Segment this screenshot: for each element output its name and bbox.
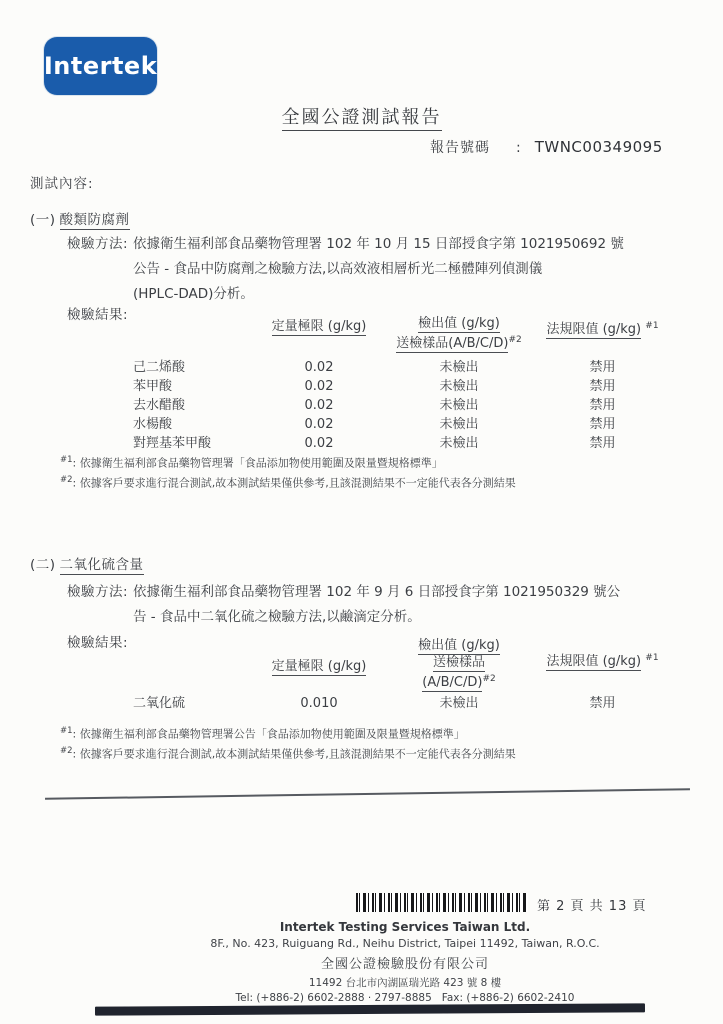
sulfur-table-header: 定量極限 (g/kg) 檢出值 (g/kg) 送檢樣品 (A/B/C/D)#2 … (133, 637, 670, 691)
intertek-logo-text: Intertek (44, 52, 157, 80)
method-line: 依據衛生福利部食品藥物管理署 102 年 9 月 6 日部授食字第 102195… (133, 580, 673, 605)
header-limit-footmark: #1 (645, 653, 658, 663)
section2-footnotes: #1: 依據衛生福利部食品藥物管理署公告「食品添加物使用範圍及限量暨規格標準」 … (60, 723, 516, 763)
table-row: 己二烯酸 0.02 未檢出 禁用 (133, 358, 670, 377)
report-number-value: TWNC00349095 (535, 138, 663, 156)
header-result-footmark: #2 (482, 674, 495, 684)
table-row: 對羥基苯甲酸 0.02 未檢出 禁用 (133, 434, 670, 453)
section1-footnotes: #1: 依據衛生福利部食品藥物管理署「食品添加物使用範圍及限量暨規格標準」 #2… (60, 452, 516, 492)
method-line: 公告 - 食品中防腐劑之檢驗方法,以高效液相層析光二極體陣列偵測儀 (133, 257, 673, 282)
header-loq: 定量極限 (g/kg) (255, 315, 383, 352)
preservative-table-body: 己二烯酸 0.02 未檢出 禁用 苯甲酸 0.02 未檢出 禁用 去水醋酸 0.… (133, 358, 670, 453)
footnote-marker: #1 (60, 455, 73, 465)
footnote: #2: 依據客戶要求進行混合測試,故本測試結果僅供參考,且該混測結果不一定能代表… (60, 472, 516, 492)
report-number-colon: : (516, 140, 521, 156)
section1-method: 檢驗方法: 依據衛生福利部食品藥物管理署 102 年 10 月 15 日部授食字… (67, 232, 673, 307)
header-result: 檢出值 (g/kg) 送檢樣品 (A/B/C/D)#2 (383, 637, 535, 691)
table-row: 二氧化硫 0.010 未檢出 禁用 (133, 694, 670, 713)
header-limit: 法規限值 (g/kg) #1 (535, 315, 670, 352)
footer: Intertek Testing Services Taiwan Ltd. 8F… (110, 920, 700, 1004)
section1-method-label: 檢驗方法: (67, 232, 133, 307)
footer-tel-fax: Tel: (+886-2) 6602-2888 · 2797-8885 Fax:… (110, 992, 700, 1004)
report-number-row: 報告號碼 : TWNC00349095 (430, 137, 663, 157)
section1-heading: (一)酸類防腐劑 (30, 208, 130, 228)
footnote-text: : 依據客戶要求進行混合測試,故本測試結果僅供參考,且該混測結果不一定能代表各分… (73, 477, 516, 490)
report-page: Intertek 全國公證測試報告 報告號碼 : TWNC00349095 測試… (0, 0, 723, 1024)
section2-method-label: 檢驗方法: (67, 580, 133, 630)
table-row: 去水醋酸 0.02 未檢出 禁用 (133, 396, 670, 415)
section1-index: (一) (30, 212, 56, 228)
footnote-marker: #1 (60, 726, 73, 736)
header-limit: 法規限值 (g/kg) #1 (535, 637, 670, 691)
section2-result-label: 檢驗結果: (67, 631, 128, 651)
intertek-logo: Intertek (44, 37, 157, 95)
page-number-text: 第 2 頁 共 13 頁 (537, 895, 646, 914)
header-empty (133, 315, 255, 352)
footnote: #2: 依據客戶要求進行混合測試,故本測試結果僅供參考,且該混測結果不一定能代表… (60, 743, 516, 763)
preservative-table: 定量極限 (g/kg) 檢出值 (g/kg) 送檢樣品(A/B/C/D)#2 法… (133, 315, 670, 453)
section1-result-label: 檢驗結果: (67, 303, 128, 323)
footer-company-en: Intertek Testing Services Taiwan Ltd. (110, 920, 700, 934)
method-line: 依據衛生福利部食品藥物管理署 102 年 10 月 15 日部授食字第 1021… (133, 232, 673, 257)
header-limit-footmark: #1 (645, 321, 658, 331)
table-row: 水楊酸 0.02 未檢出 禁用 (133, 415, 670, 434)
section2-heading: (二)二氧化硫含量 (30, 553, 144, 573)
report-title: 全國公證測試報告 (0, 103, 723, 129)
section2-method-text: 依據衛生福利部食品藥物管理署 102 年 9 月 6 日部授食字第 102195… (133, 580, 673, 630)
table-row: 苯甲酸 0.02 未檢出 禁用 (133, 377, 670, 396)
footer-address-zh: 11492 台北市內湖區瑞光路 423 號 8 樓 (110, 975, 700, 990)
section1-heading-text: 酸類防腐劑 (60, 212, 130, 230)
barcode (356, 893, 528, 912)
footer-address-en: 8F., No. 423, Ruiguang Rd., Neihu Distri… (110, 937, 700, 950)
section1-method-text: 依據衛生福利部食品藥物管理署 102 年 10 月 15 日部授食字第 1021… (133, 232, 673, 307)
footnote-marker: #2 (60, 746, 73, 756)
header-empty (133, 637, 255, 691)
header-result-footmark: #2 (508, 335, 521, 345)
section-divider-line (45, 788, 690, 799)
section2-heading-text: 二氧化硫含量 (60, 557, 144, 575)
scan-artifact-bar (95, 1003, 645, 1015)
sulfur-dioxide-table: 定量極限 (g/kg) 檢出值 (g/kg) 送檢樣品 (A/B/C/D)#2 … (133, 637, 670, 713)
footnote-text: : 依據客戶要求進行混合測試,故本測試結果僅供參考,且該混測結果不一定能代表各分… (73, 748, 516, 761)
preservative-table-header: 定量極限 (g/kg) 檢出值 (g/kg) 送檢樣品(A/B/C/D)#2 法… (133, 315, 670, 352)
method-line: 告 - 食品中二氧化硫之檢驗方法,以鹼滴定分析。 (133, 605, 673, 630)
footer-company-zh: 全國公證檢驗股份有限公司 (110, 953, 700, 972)
header-loq: 定量極限 (g/kg) (255, 637, 383, 691)
section2-index: (二) (30, 557, 56, 573)
report-title-text: 全國公證測試報告 (282, 107, 442, 131)
section2-method: 檢驗方法: 依據衛生福利部食品藥物管理署 102 年 9 月 6 日部授食字第 … (67, 580, 673, 630)
method-line: (HPLC-DAD)分析。 (133, 282, 673, 307)
footnote: #1: 依據衛生福利部食品藥物管理署公告「食品添加物使用範圍及限量暨規格標準」 (60, 723, 516, 743)
footnote-marker: #2 (60, 475, 73, 485)
header-result: 檢出值 (g/kg) 送檢樣品(A/B/C/D)#2 (383, 315, 535, 352)
footnote: #1: 依據衛生福利部食品藥物管理署「食品添加物使用範圍及限量暨規格標準」 (60, 452, 516, 472)
footnote-text: : 依據衛生福利部食品藥物管理署「食品添加物使用範圍及限量暨規格標準」 (73, 457, 443, 470)
test-content-label: 測試內容: (30, 172, 94, 192)
footnote-text: : 依據衛生福利部食品藥物管理署公告「食品添加物使用範圍及限量暨規格標準」 (73, 728, 465, 741)
report-number-label: 報告號碼 (430, 137, 490, 157)
